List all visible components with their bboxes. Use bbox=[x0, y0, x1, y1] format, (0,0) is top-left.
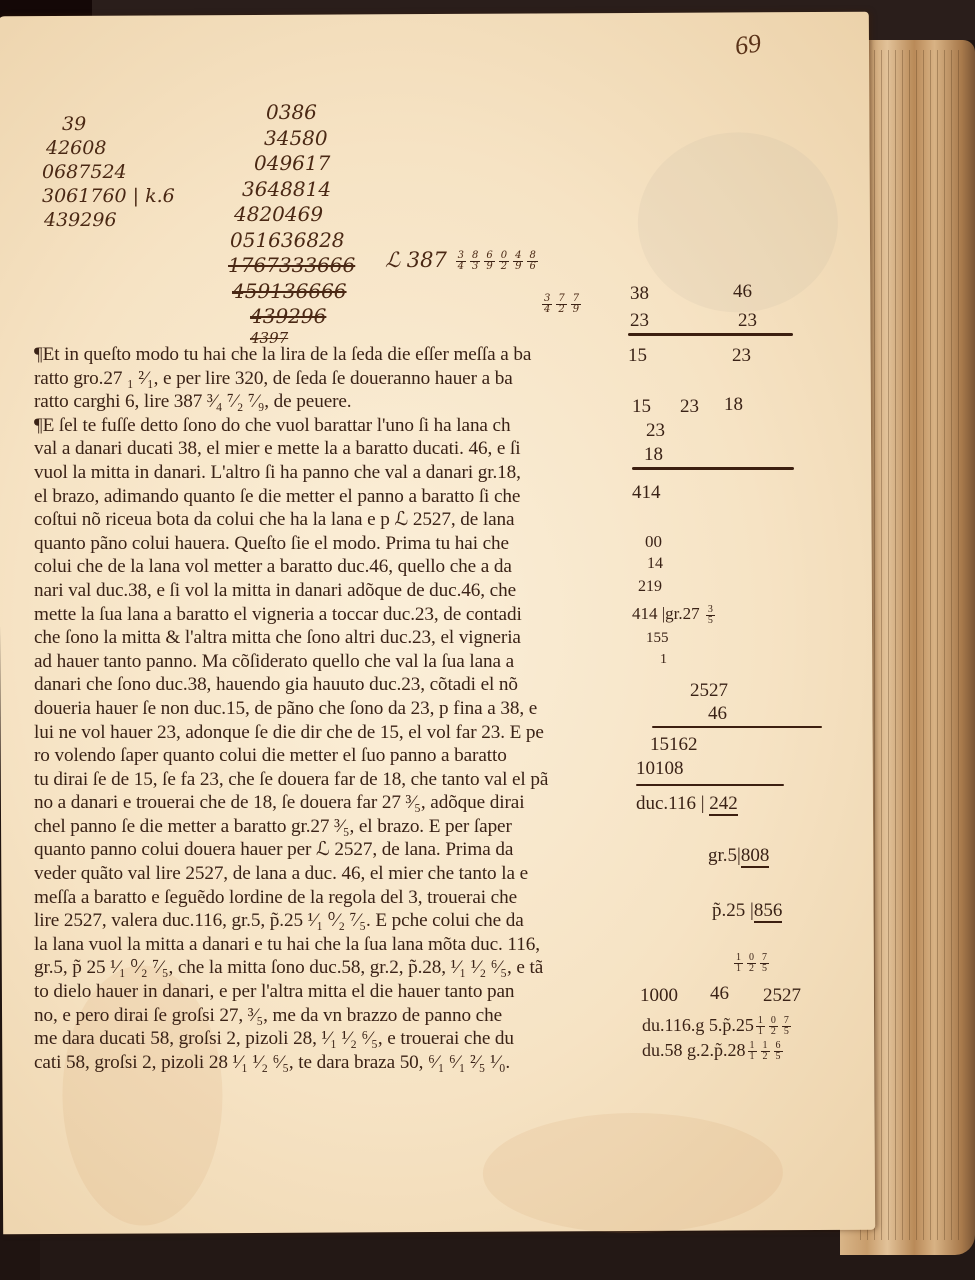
margin-duc-line: duc.116 | 242 bbox=[636, 793, 738, 815]
summary-value: du.116.g 5.p̃.25 bbox=[642, 1015, 754, 1035]
denominator: 5 bbox=[782, 1027, 791, 1037]
foxing-stain bbox=[483, 1112, 784, 1234]
text-line: doueria hauer ſe non duc.15, de pãno che… bbox=[34, 697, 634, 721]
margin-num: 46 bbox=[733, 281, 752, 303]
margin-fractions: 110275 bbox=[732, 952, 771, 974]
text-line: ¶Et in queſto modo tu hai che la lira de… bbox=[34, 343, 634, 367]
denominator: 2 bbox=[761, 1052, 770, 1062]
duc-value: duc.116 bbox=[636, 793, 696, 814]
text-line: chel panno ſe die metter a baratto gr.27… bbox=[34, 815, 634, 839]
denominator: 5 bbox=[774, 1052, 783, 1062]
denominator: 5 bbox=[706, 616, 715, 626]
body-text: ¶Et in queſto modo tu hai che la lira de… bbox=[34, 343, 634, 1074]
text-line: ratto gro.27 ₁ ²⁄₁, e per lire 320, de ſ… bbox=[34, 367, 634, 391]
text-line: la lana vuol la mitta a danari e tu hai … bbox=[34, 933, 634, 957]
text-line: to dielo hauer in danari, e per l'altra … bbox=[34, 980, 634, 1004]
handwritten-calc-left: 39 42608 0687524 3061760 | k.6 439296 bbox=[42, 112, 175, 232]
margin-num: 155 bbox=[646, 630, 669, 647]
denominator: 9 bbox=[513, 262, 523, 272]
calc-line: 4820469 bbox=[228, 202, 355, 228]
denominator: 9 bbox=[571, 305, 581, 315]
text-line: che ſono la mitta & l'altra mitta che ſo… bbox=[34, 626, 634, 650]
denominator: 2 bbox=[556, 305, 566, 315]
fraction: 02 bbox=[769, 1016, 778, 1037]
result-label: ℒ 387 bbox=[385, 248, 447, 272]
book-photo: 69 39 42608 0687524 3061760 | k.6 439296… bbox=[0, 0, 975, 1280]
margin-num: 14 bbox=[647, 555, 663, 573]
text-line: el brazo, adimando quanto ſe die metter … bbox=[34, 485, 634, 509]
margin-summary: du.116.g 5.p̃.25110275 bbox=[642, 1015, 793, 1037]
denominator: 1 bbox=[756, 1027, 765, 1037]
text-line: quanto panno colui douera hauer per ℒ 25… bbox=[34, 838, 634, 862]
margin-num: 219 bbox=[638, 578, 662, 596]
margin-num: 23 bbox=[738, 310, 757, 332]
page-edge-lines bbox=[860, 50, 960, 1240]
p-value: p̃.25 bbox=[712, 900, 745, 921]
text-line: quanto pãno colui hauera. Queſto ſie el … bbox=[34, 532, 634, 556]
calc-line-struck: 1767333666 bbox=[228, 253, 355, 279]
text-line: meſſa a baratto e ſeguẽdo lordine de la … bbox=[34, 886, 634, 910]
margin-num: 15162 bbox=[650, 734, 698, 756]
calc-line: 439296 bbox=[42, 208, 175, 232]
margin-num: 23 bbox=[630, 310, 649, 332]
denominator: 6 bbox=[527, 262, 537, 272]
calc-line: 39 bbox=[42, 112, 175, 136]
margin-num: 23 bbox=[732, 345, 751, 367]
duc-remainder: 242 bbox=[709, 793, 738, 816]
gr-remainder: 808 bbox=[741, 845, 770, 868]
text-line: cati 58, groſsi 2, pizoli 28 ¹⁄₁ ¹⁄₂ ⁶⁄₅… bbox=[34, 1051, 634, 1075]
denominator: 3 bbox=[470, 262, 480, 272]
fraction: 12 bbox=[761, 1041, 770, 1062]
calc-line: 051636828 bbox=[228, 228, 355, 254]
denominator: 2 bbox=[499, 262, 509, 272]
text-line: coſtui nõ riceua bota da colui che ha la… bbox=[34, 508, 634, 532]
calc-note: k.6 bbox=[145, 185, 175, 207]
margin-num: 46 bbox=[710, 983, 729, 1005]
galley-result: ℒ 387 348369024986 bbox=[385, 248, 540, 272]
summary-value: du.58 g.2.p̃.28 bbox=[642, 1040, 746, 1060]
text-line: nari val duc.38, e ſi vol la mitta in da… bbox=[34, 579, 634, 603]
margin-num: 2527 bbox=[690, 680, 728, 702]
calc-line: 0386 bbox=[228, 100, 355, 126]
text-line: ratto carghi 6, lire 387 ³⁄₄ ⁷⁄₂ ⁷⁄₉, de… bbox=[34, 390, 634, 414]
denominator: 5 bbox=[760, 964, 769, 974]
margin-num: 23 bbox=[680, 396, 699, 418]
text-line: val a danari ducati 38, el mier e mette … bbox=[34, 437, 634, 461]
text-line: tu dirai ſe de 15, ſe fa 23, che ſe doue… bbox=[34, 768, 634, 792]
quotient: gr.27 bbox=[665, 604, 699, 623]
text-line: no, e pero dirai ſe groſsi 27, ³⁄₅, me d… bbox=[34, 1004, 634, 1028]
margin-gr-line: gr.5|808 bbox=[708, 845, 769, 867]
calc-line: 0687524 bbox=[42, 160, 175, 184]
fraction: 75 bbox=[782, 1016, 791, 1037]
fraction: 72 bbox=[556, 294, 566, 315]
margin-num: 38 bbox=[630, 283, 649, 305]
margin-num: 15 bbox=[632, 396, 651, 418]
numerator: 3 bbox=[706, 605, 715, 616]
text-line: danari che ſono duc.38, hauendo gia hauu… bbox=[34, 673, 634, 697]
calc-line-struck: 439296 bbox=[228, 304, 355, 330]
background-bottom bbox=[40, 1232, 975, 1280]
text-line: no a danari e trouerai che de 18, ſe dou… bbox=[34, 791, 634, 815]
calc-line: 049617 bbox=[228, 151, 355, 177]
text-line: gr.5, p̃ 25 ¹⁄₁ ⁰⁄₂ ⁷⁄₅, che la mitta ſo… bbox=[34, 956, 634, 980]
text-line: ¶E ſel te fuſſe detto ſono do che vuol b… bbox=[34, 414, 634, 438]
margin-rule bbox=[636, 784, 784, 786]
margin-num: 18 bbox=[724, 394, 743, 416]
margin-rule bbox=[652, 726, 822, 728]
text-line: veder quãto val lire 2527, de lana a duc… bbox=[34, 862, 634, 886]
fraction: 49 bbox=[513, 251, 523, 272]
denominator: 2 bbox=[769, 1027, 778, 1037]
text-line: ro volendo ſaper quanto colui die metter… bbox=[34, 744, 634, 768]
margin-num: 00 bbox=[645, 532, 662, 552]
text-line: lire 2527, valera duc.116, gr.5, p̃.25 ¹… bbox=[34, 909, 634, 933]
denominator: 4 bbox=[542, 305, 552, 315]
margin-num: 414 |gr.27 35 bbox=[632, 604, 717, 626]
text-line: lui ne vol hauer 23, adonque ſe die dir … bbox=[34, 721, 634, 745]
fraction: 11 bbox=[748, 1041, 757, 1062]
calc-value: 3061760 bbox=[42, 185, 127, 207]
fraction: 79 bbox=[571, 294, 581, 315]
margin-num: 1 bbox=[660, 652, 667, 668]
calc-line: 42608 bbox=[42, 136, 175, 160]
calc-line: 3061760 | k.6 bbox=[42, 184, 175, 208]
fraction: 34 bbox=[542, 294, 552, 315]
denominator: 2 bbox=[747, 964, 756, 974]
calc-line-struck: 459136666 bbox=[228, 279, 355, 305]
margin-num: 46 bbox=[708, 703, 727, 725]
margin-num: 2527 bbox=[763, 985, 801, 1007]
denominator: 1 bbox=[734, 964, 743, 974]
margin-summary: du.58 g.2.p̃.28111265 bbox=[642, 1040, 785, 1062]
margin-num: 414 bbox=[632, 482, 661, 504]
handwritten-galley-division: 0386 34580 049617 3648814 4820469 051636… bbox=[228, 100, 355, 346]
margin-num: 18 bbox=[644, 444, 663, 466]
text-line: mette la ſua lana a baratto el vigneria … bbox=[34, 603, 634, 627]
calc-line: 3648814 bbox=[228, 177, 355, 203]
page-number: 69 bbox=[733, 28, 763, 61]
text-line: me dara ducati 58, groſsi 2, pizoli 28, … bbox=[34, 1027, 634, 1051]
fraction: 35 bbox=[706, 605, 715, 626]
margin-p-line: p̃.25 |856 bbox=[712, 900, 782, 922]
fraction: 65 bbox=[774, 1041, 783, 1062]
denominator: 9 bbox=[484, 262, 494, 272]
fraction: 86 bbox=[527, 251, 537, 272]
text-line: ad hauer tanto panno. Ma cõſiderato quel… bbox=[34, 650, 634, 674]
denominator: 1 bbox=[748, 1052, 757, 1062]
dividend: 414 bbox=[632, 604, 658, 623]
small-fractions: 347279 bbox=[540, 292, 583, 316]
margin-num: 10108 bbox=[636, 758, 684, 780]
fraction: 11 bbox=[756, 1016, 765, 1037]
margin-num: 1000 bbox=[640, 985, 678, 1007]
fraction: 11 bbox=[734, 953, 743, 974]
text-line: vuol la mitta in danari. L'altro ſi ha p… bbox=[34, 461, 634, 485]
denominator: 4 bbox=[456, 262, 466, 272]
gr-value: gr.5 bbox=[708, 845, 737, 866]
fraction: 83 bbox=[470, 251, 480, 272]
margin-num: 23 bbox=[646, 420, 665, 442]
p-remainder: 856 bbox=[754, 900, 783, 923]
margin-rule bbox=[632, 467, 794, 470]
text-line: colui che de la lana vol metter a baratt… bbox=[34, 555, 634, 579]
fraction: 69 bbox=[484, 251, 494, 272]
margin-rule bbox=[628, 333, 793, 336]
fraction: 02 bbox=[747, 953, 756, 974]
calc-line: 34580 bbox=[228, 126, 355, 152]
fraction: 75 bbox=[760, 953, 769, 974]
fraction: 02 bbox=[499, 251, 509, 272]
fraction: 34 bbox=[456, 251, 466, 272]
